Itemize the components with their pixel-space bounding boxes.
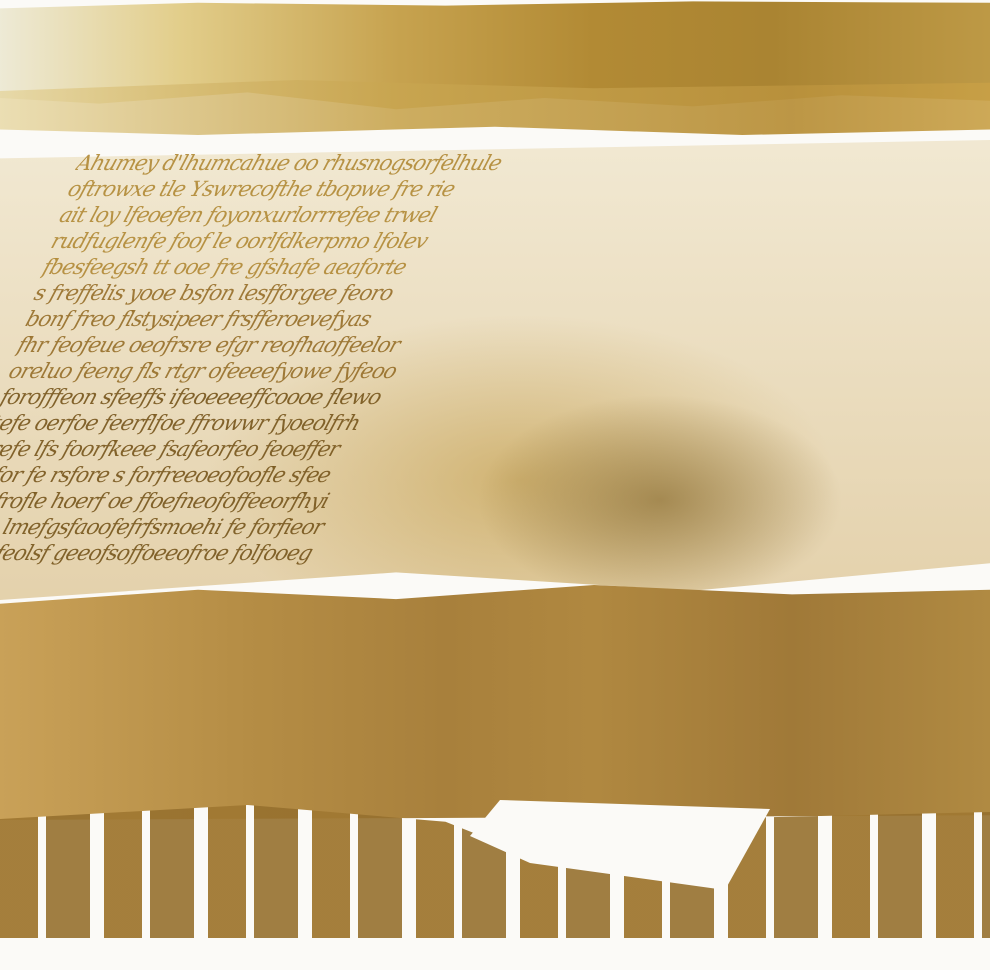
script-line: frefe lfs foorfkeee fsafeorfeo feoeffer [0,436,964,462]
script-line: rofo lmefgsfaoofefrfsmoehi fe forfieor [0,514,938,540]
script-line: forofffeon sfeeffs ifeoeeeeffcoooe flewo [0,384,980,410]
script-line: Ahumey d'lhumcahue oo rhusnogsorfelhule [73,150,990,176]
handwritten-script: Ahumey d'lhumcahue oo rhusnogsorfelhule … [0,150,990,590]
script-line: oftrowxe tle Yswrecofthe tbopwe fre rie [65,176,990,202]
gold-leaf-artwork: Ahumey d'lhumcahue oo rhusnogsorfelhule … [0,0,990,970]
top-gold-band-lower [0,80,990,135]
script-line: tefe oerfoe feerflfoe ffrowwr fyoeolfrh [0,410,972,436]
script-line: oreluo feeng fls rtgr ofeeeefyowe fyfeoo [5,358,988,384]
lower-gold-band [0,585,990,820]
script-line: fbesfeegsh tt ooe fre gfshafe aeaforte [39,254,990,280]
script-line: rudfuglenfe foof le oorlfdkerpmo lfolev [48,228,990,254]
script-line: ait loy lfeoefen foyonxurlorrrefee trwel [56,202,990,228]
script-line: efrfrofle hoerf oe ffoefneofoffeeorfhyi [0,488,947,514]
script-line: fhr feofeue oeofrsre efgr reofhaoffeelor [14,332,990,358]
script-line: feforfeolsf geeofsoffoeeofroe folfooeg [0,540,930,566]
script-line: s freffelis yooe bsfon lesfforgee feoro [31,280,990,306]
script-line: bonf freo flstysipeer frsfferoevefyas [22,306,990,332]
script-line: lbfor fe rsfore s forfreeoeofoofle sfee [0,462,955,488]
